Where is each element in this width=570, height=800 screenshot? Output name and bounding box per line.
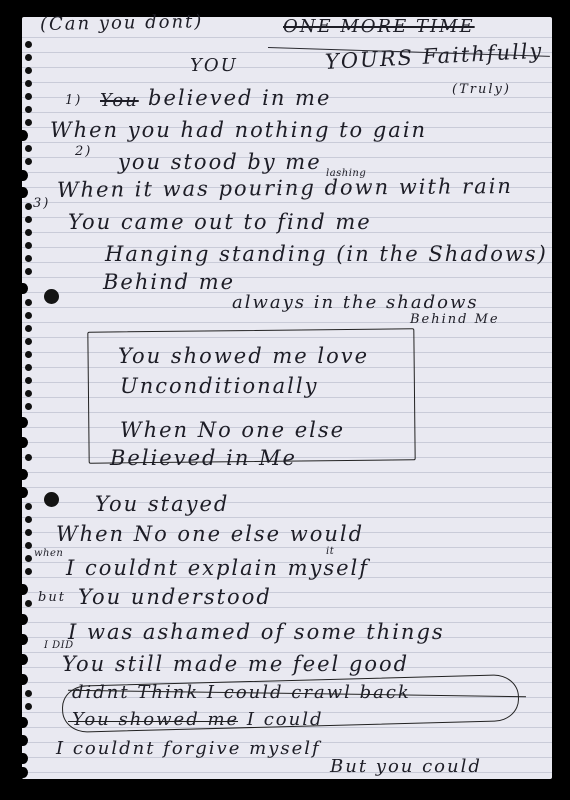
lyric-line: But you could [330, 756, 482, 777]
lyric-line: You came out to find me [68, 210, 372, 234]
chorus-line: When No one else [120, 418, 345, 442]
lyric-line: When you had nothing to gain [50, 118, 427, 142]
lyric-line: Hanging standing (in the Shadows) [105, 242, 548, 266]
chorus-line: Unconditionally [120, 374, 318, 398]
lyric-line: When it was pouring down with rain [57, 174, 513, 202]
perforated-edge [22, 17, 36, 779]
crossed-out-title: ONE MORE TIME [283, 16, 475, 37]
lyric-line: you stood by me [118, 150, 322, 174]
line-marker-3: 3) [33, 196, 50, 211]
lyric-line: You understood [78, 585, 272, 609]
margin-note-when: when [34, 548, 63, 559]
lyric-line: You still made me feel good [62, 652, 409, 676]
struck-word-you: You [100, 90, 139, 111]
lyric-line: believed in me [148, 86, 331, 110]
margin-note-but: but [38, 590, 66, 605]
lyric-line: I couldnt explain myself [66, 556, 369, 580]
lyric-line: When No one else would [56, 522, 364, 546]
strikethrough-line [68, 721, 238, 722]
line-marker-2: 2) [75, 144, 92, 159]
binder-punch-hole-upper [44, 289, 59, 304]
title-aside-truly: (Truly) [452, 82, 511, 97]
lyric-line: I was ashamed of some things [68, 620, 445, 644]
header-you: YOU [190, 55, 238, 76]
lyric-line: Behind Me [410, 312, 500, 327]
insert-it: it [326, 546, 334, 557]
lyric-line: I couldnt forgive myself [56, 738, 321, 759]
line-marker-1: 1) [65, 93, 82, 108]
chorus-line: Believed in Me [110, 446, 297, 470]
header-aside-can-you-dont: (Can you dont) [40, 11, 204, 35]
lyric-line: You stayed [95, 492, 229, 516]
binder-punch-hole-lower [44, 492, 59, 507]
lyric-line: always in the shadows [232, 292, 479, 313]
chorus-line: You showed me love [118, 344, 369, 368]
lyric-line: Behind me [103, 270, 235, 294]
struck-lyric-line: You showed me I could [72, 709, 324, 730]
margin-note-i-did: I DID [44, 640, 74, 651]
